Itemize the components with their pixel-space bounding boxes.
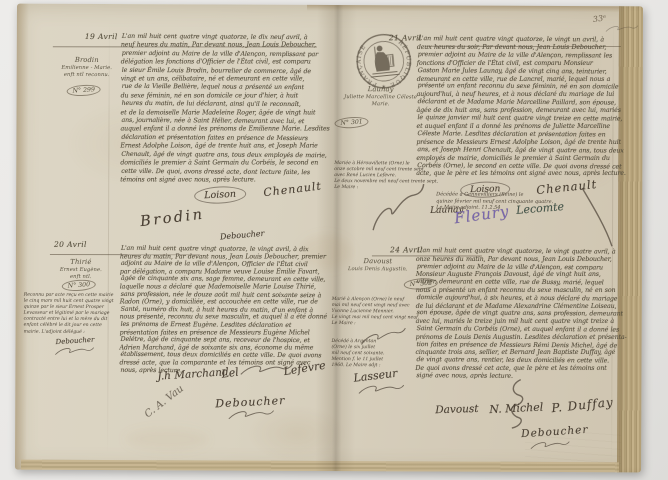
signature-father: Davoust (435, 403, 479, 416)
register-book: 19 Avril BrodinEmilienne - Marie.enft nt… (15, 4, 643, 473)
act-body-line: fonctions d'Officier de l'État civil, es… (417, 60, 619, 68)
margin-name-line: Brodin (43, 56, 131, 65)
margin-name-block: ThiriéErnest Eugène.enft ntl. (38, 258, 124, 282)
margin-name-block: DavoustLouis Denis Augustin. (334, 257, 422, 274)
marginal-note-line: Le Maire : (332, 321, 424, 327)
page-edge-left (15, 4, 29, 470)
scanned-register-spread: 19 Avril BrodinEmilienne - Marie.enft nt… (0, 0, 668, 480)
signature-witness: P. Duffay (551, 395, 615, 415)
signature-margin-note-officer: Deboucher (55, 336, 94, 347)
margin-name-line: Thirié (38, 258, 124, 267)
act-body-line: Ernest Adolphe Loison, âgé de trente hui… (120, 143, 324, 151)
margin-name-line: Launay (333, 85, 429, 94)
stamp-seated-figure (368, 44, 400, 77)
folio-number: 33ᵉ (592, 13, 606, 24)
act-body-line: présence de Messieurs Ernest Adolphe Loi… (416, 139, 618, 147)
act-body-line: délégation les fonctions d'Officier de l… (121, 59, 325, 67)
act-body-line: Gaston Marie Jules Launay, âgé de vingt … (418, 67, 620, 76)
record-number: N° 299 (66, 84, 101, 97)
act-body-line: domiciliés le premier à Saint Germain du… (120, 160, 324, 168)
act-body: L'an mil huit cent quatre vingt quatorze… (120, 33, 325, 185)
act-body-line: employés de mairie, domiciliés le premie… (416, 154, 618, 162)
signature-witness: N. Michel (489, 401, 544, 417)
marginal-note-line: mairie. L'adjoint délégué : (24, 329, 110, 335)
folio-flourish (605, 24, 639, 34)
signature-officer: Deboucher (521, 424, 589, 440)
margin-name-block: LaunayJuliette Marcelline CélesteMarie. (333, 85, 429, 109)
margin-name-line: Marie. (333, 101, 429, 109)
signature-declarant: Brodin (139, 207, 205, 230)
signature-flourish (51, 346, 97, 358)
act-body-line: heures du matin, de lui déclarant, ainsi… (122, 100, 326, 110)
page-stack-right (617, 6, 643, 472)
marginal-note-line: enfant célébré le dit jour en cette (24, 323, 110, 329)
act-body-line: laquelle nous a déclaré que Mademoiselle… (120, 284, 324, 292)
signature-long-stroke (576, 186, 616, 248)
signature-officer: Deboucher (220, 229, 265, 242)
signature-mayor-dark-ink: Lecomte (516, 200, 565, 217)
marginal-note-legitimation: Reconnu par acte reçu en cette mairiele … (24, 293, 110, 336)
margin-name-line: Louis Denis Augustin. (334, 266, 422, 274)
signature-diagonal-pencil: C. A. Vau (143, 383, 186, 420)
act-body: L'an mil huit cent quatre vingt quatorze… (415, 247, 618, 380)
marginal-note-marriage: Marié à Alençon (Orne) le neufmai mil ne… (332, 297, 424, 328)
act-body-line: ans, et Joseph Henri Chenault, âgé de vi… (417, 146, 619, 155)
entry-date: 20 Avril (54, 240, 87, 249)
margin-name-block: BrodinEmilienne - Marie.enft ntl reconnu… (43, 56, 131, 80)
margin-name-line: enft ntl reconnu. (43, 72, 131, 80)
marginal-note-death: Décédé à Argentan(Orne) le six juilletmi… (331, 339, 417, 370)
paper-crease (107, 24, 110, 454)
act-body-line: prénoms de Louis Denis Augustin. Lesdite… (416, 334, 618, 342)
entry-date: 19 Avril (85, 32, 118, 41)
act-body-line: les prénoms de Ernest Eugène. Lesdites d… (121, 321, 325, 330)
act-body-line: onze heures du matin, Par devant nous, J… (416, 256, 618, 264)
signature-witness-circled: Loison (194, 185, 247, 204)
signature-flourish (349, 383, 413, 397)
margin-name-line: Davoust (334, 257, 422, 266)
act-body-line: L'an mil huit cent quatre vingt quatorze… (121, 245, 325, 254)
paper-stain (125, 428, 209, 450)
act-body-line: domicile aujourd'hui, à six heures, et à… (417, 294, 619, 303)
act-body: L'an mil huit cent quatre vingt quatorze… (416, 35, 619, 178)
act-body: L'an mil huit cent quatre vingt quatorze… (119, 245, 324, 375)
signature-flourish (515, 440, 585, 452)
signature-flourish (211, 408, 291, 422)
